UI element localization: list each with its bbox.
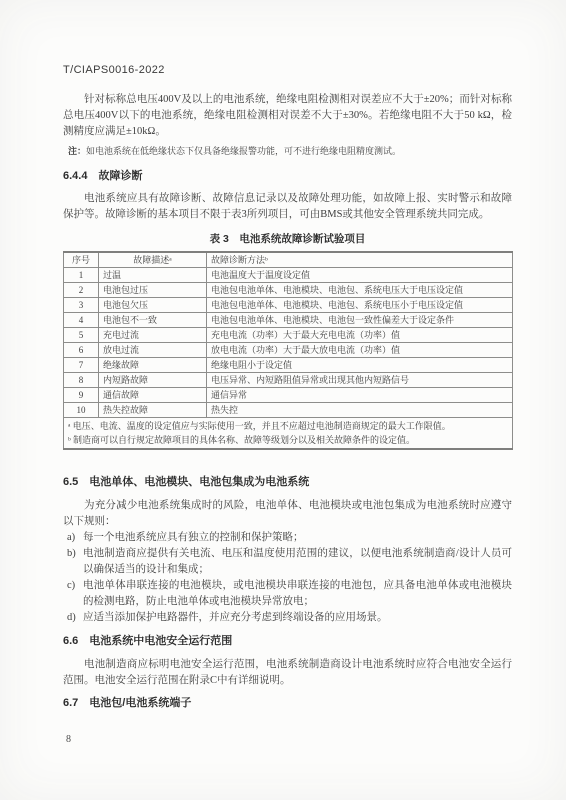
cell-method: 充电电流（功率）大于最大充电电流（功率）值 bbox=[207, 328, 513, 343]
cell-description: 电池包欠压 bbox=[99, 298, 207, 313]
cell-description: 内短路故障 bbox=[99, 373, 207, 388]
header-cell-method: 故障诊断方法ᵇ bbox=[207, 252, 513, 268]
table-row: 10 热失控故障 热失控 bbox=[64, 403, 513, 418]
cell-method: 电池包电池单体、电池模块、电池包、系统电压小于电压设定值 bbox=[207, 298, 513, 313]
cell-method: 热失控 bbox=[207, 403, 513, 418]
integration-rules-paragraph: 为充分减少电池系统集成时的风险，电池单体、电池模块或电池包集成为电池系统时应遵守… bbox=[63, 498, 512, 530]
cell-method: 电池包电池单体、电池模块、电池包一致性偏差大于设定条件 bbox=[207, 313, 513, 328]
table-footnote-row: ᵃ 电压、电流、温度的设定值应与实际使用一致，并且不应超过电池制造商规定的最大工… bbox=[64, 418, 513, 450]
table-row: 4 电池包不一致 电池包电池单体、电池模块、电池包一致性偏差大于设定条件 bbox=[64, 313, 513, 328]
table-header-row: 序号 故障描述ᵃ 故障诊断方法ᵇ bbox=[64, 252, 513, 268]
cell-index: 2 bbox=[64, 283, 99, 298]
header-cell-description: 故障描述ᵃ bbox=[99, 252, 207, 268]
table-row: 3 电池包欠压 电池包电池单体、电池模块、电池包、系统电压小于电压设定值 bbox=[64, 298, 513, 313]
section-heading-6-6: 6.6 电池系统中电池安全运行范围 bbox=[63, 634, 512, 649]
document-page: T/CIAPS0016-2022 针对标称总电压400V及以上的电池系统，绝缘电… bbox=[0, 0, 566, 800]
cell-index: 7 bbox=[64, 358, 99, 373]
list-item-label: a) bbox=[63, 530, 83, 546]
list-item: d) 应适当添加保护电路器件，并应充分考虑到终端设备的应用场景。 bbox=[63, 610, 512, 626]
list-item-text: 应适当添加保护电路器件，并应充分考虑到终端设备的应用场景。 bbox=[83, 610, 512, 626]
cell-description: 绝缘故障 bbox=[99, 358, 207, 373]
cell-method: 放电电流（功率）大于最大放电电流（功率）值 bbox=[207, 343, 513, 358]
footnote-b: ᵇ 制造商可以自行规定故障项目的具体名称、故障等级划分以及相关故障条件的设定值。 bbox=[68, 433, 508, 447]
cell-description: 放电过流 bbox=[99, 343, 207, 358]
cell-index: 1 bbox=[64, 268, 99, 283]
list-item: a) 每一个电池系统应具有独立的控制和保护策略； bbox=[63, 530, 512, 546]
cell-index: 6 bbox=[64, 343, 99, 358]
cell-description: 充电过流 bbox=[99, 328, 207, 343]
cell-method: 电压异常、内短路阻值异常或出现其他内短路信号 bbox=[207, 373, 513, 388]
note-text: 如电池系统在低绝缘状态下仅具备绝缘报警功能，可不进行绝缘电阻精度测试。 bbox=[86, 146, 401, 156]
header-cell-index: 序号 bbox=[64, 252, 99, 268]
section-heading-6-7: 6.7 电池包/电池系统端子 bbox=[63, 696, 512, 711]
fault-diagnosis-paragraph: 电池系统应具有故障诊断、故障信息记录以及故障处理功能，如故障上报、实时警示和故障… bbox=[63, 191, 512, 223]
list-item-label: b) bbox=[63, 546, 83, 578]
list-item: b) 电池制造商应提供有关电流、电压和温度使用范围的建议，以便电池系统制造商/设… bbox=[63, 546, 512, 578]
doc-number: T/CIAPS0016-2022 bbox=[63, 64, 165, 76]
cell-index: 3 bbox=[64, 298, 99, 313]
list-item-text: 电池制造商应提供有关电流、电压和温度使用范围的建议，以便电池系统制造商/设计人员… bbox=[83, 546, 512, 578]
integration-rules-list: a) 每一个电池系统应具有独立的控制和保护策略； b) 电池制造商应提供有关电流… bbox=[63, 530, 512, 626]
cell-index: 5 bbox=[64, 328, 99, 343]
list-item-text: 每一个电池系统应具有独立的控制和保护策略； bbox=[83, 530, 512, 546]
cell-method: 绝缘电阻小于设定值 bbox=[207, 358, 513, 373]
cell-description: 热失控故障 bbox=[99, 403, 207, 418]
list-item: c) 电池单体串联连接的电池模块，或电池模块串联连接的电池包，应具备电池单体或电… bbox=[63, 578, 512, 610]
cell-index: 4 bbox=[64, 313, 99, 328]
fault-diagnosis-table: 序号 故障描述ᵃ 故障诊断方法ᵇ 1 过温 电池温度大于温度设定值 2 电池包过… bbox=[63, 251, 513, 450]
cell-method: 通信异常 bbox=[207, 388, 513, 403]
list-item-text: 电池单体串联连接的电池模块，或电池模块串联连接的电池包，应具备电池单体或电池模块… bbox=[83, 578, 512, 610]
table-row: 2 电池包过压 电池包电池单体、电池模块、电池包、系统电压大于电压设定值 bbox=[64, 283, 513, 298]
cell-description: 通信故障 bbox=[99, 388, 207, 403]
cell-description: 电池包不一致 bbox=[99, 313, 207, 328]
note-line: 注：如电池系统在低绝缘状态下仅具备绝缘报警功能，可不进行绝缘电阻精度测试。 bbox=[63, 144, 512, 158]
cell-index: 8 bbox=[64, 373, 99, 388]
table-row: 9 通信故障 通信异常 bbox=[64, 388, 513, 403]
table-footnotes: ᵃ 电压、电流、温度的设定值应与实际使用一致，并且不应超过电池制造商规定的最大工… bbox=[64, 418, 513, 450]
table-row: 6 放电过流 放电电流（功率）大于最大放电电流（功率）值 bbox=[64, 343, 513, 358]
cell-description: 电池包过压 bbox=[99, 283, 207, 298]
insulation-requirement-paragraph: 针对标称总电压400V及以上的电池系统，绝缘电阻检测相对误差应不大于±20%；而… bbox=[63, 92, 512, 140]
list-item-label: c) bbox=[63, 578, 83, 610]
table-row: 1 过温 电池温度大于温度设定值 bbox=[64, 268, 513, 283]
safe-operating-range-paragraph: 电池制造商应标明电池安全运行范围，电池系统制造商设计电池系统时应符合电池安全运行… bbox=[63, 657, 512, 689]
page-number: 8 bbox=[66, 734, 71, 745]
page-content: 针对标称总电压400V及以上的电池系统，绝缘电阻检测相对误差应不大于±20%；而… bbox=[63, 78, 512, 711]
table3-title: 表 3 电池系统故障诊断试验项目 bbox=[63, 231, 512, 246]
table-row: 8 内短路故障 电压异常、内短路阻值异常或出现其他内短路信号 bbox=[64, 373, 513, 388]
cell-method: 电池包电池单体、电池模块、电池包、系统电压大于电压设定值 bbox=[207, 283, 513, 298]
footnote-a: ᵃ 电压、电流、温度的设定值应与实际使用一致，并且不应超过电池制造商规定的最大工… bbox=[68, 419, 508, 433]
list-item-label: d) bbox=[63, 610, 83, 626]
section-heading-6-5: 6.5 电池单体、电池模块、电池包集成为电池系统 bbox=[63, 475, 512, 490]
note-label: 注： bbox=[68, 146, 86, 156]
cell-method: 电池温度大于温度设定值 bbox=[207, 268, 513, 283]
cell-index: 9 bbox=[64, 388, 99, 403]
section-heading-6-4-4: 6.4.4 故障诊断 bbox=[63, 169, 512, 184]
cell-index: 10 bbox=[64, 403, 99, 418]
table-row: 7 绝缘故障 绝缘电阻小于设定值 bbox=[64, 358, 513, 373]
cell-description: 过温 bbox=[99, 268, 207, 283]
table-row: 5 充电过流 充电电流（功率）大于最大充电电流（功率）值 bbox=[64, 328, 513, 343]
